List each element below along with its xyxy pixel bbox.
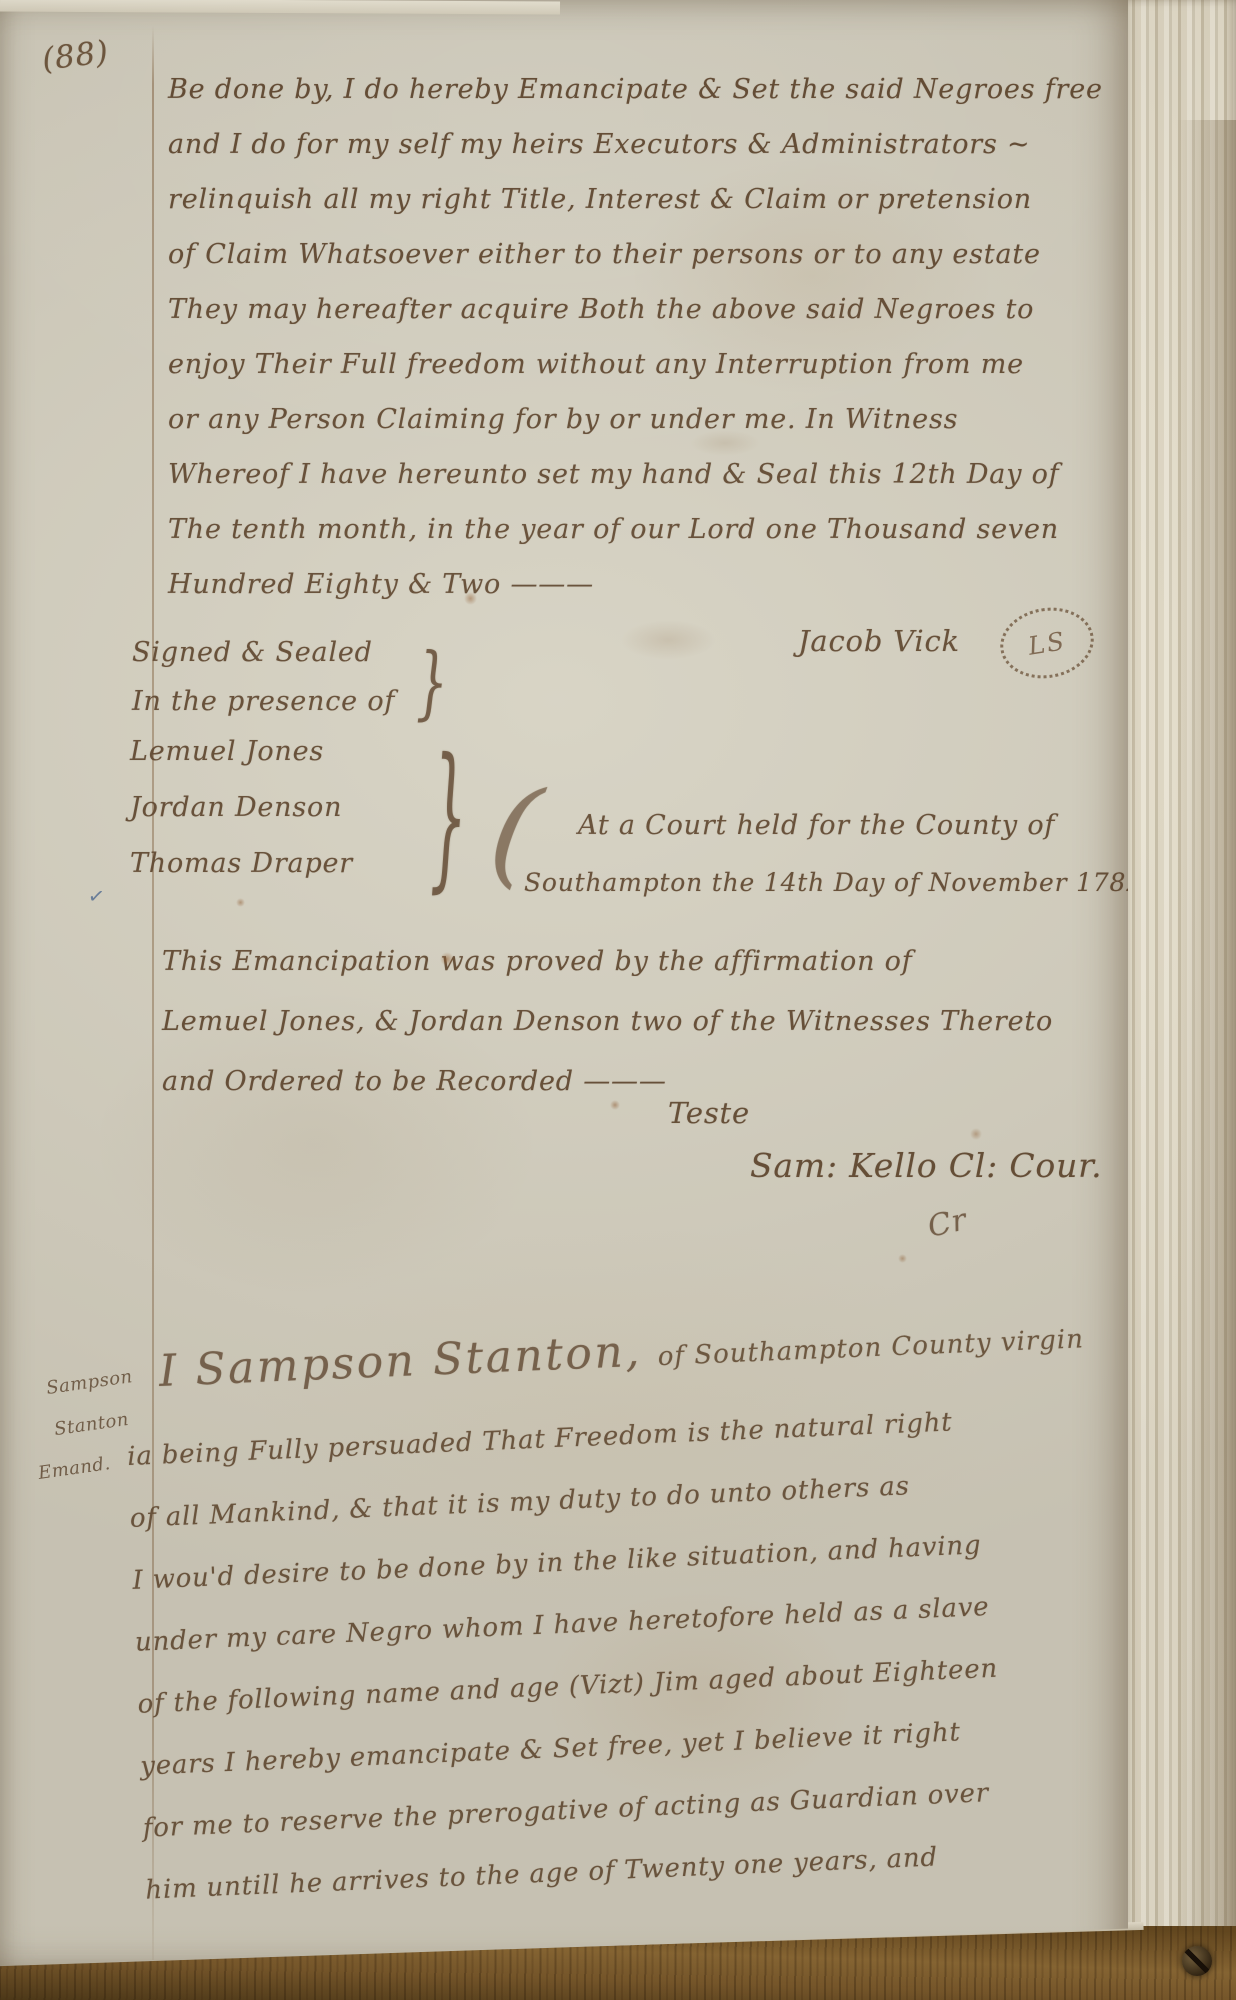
manuscript-line: of Claim Whatsoever either to their pers… [168,227,1103,282]
proof-line: and Ordered to be Recorded ——— [162,1052,1053,1112]
doc1-body: Be done by, I do hereby Emancipate & Set… [168,62,1103,612]
manuscript-line: Whereof I have hereunto set my hand & Se… [168,447,1103,502]
witness-name: Jordan Denson [130,780,353,836]
signature-jacob-vick: Jacob Vick [798,624,960,658]
proof-line: Lemuel Jones, & Jordan Denson two of the… [162,992,1053,1052]
attestation-line: Signed & Sealed [132,628,395,677]
margin-note-line: Sampson [45,1366,134,1399]
manuscript-photo: (88) Be done by, I do hereby Emancipate … [0,0,1236,2000]
check-mark: ✓ [86,883,107,909]
document-page: (88) Be done by, I do hereby Emancipate … [0,0,1128,1972]
small-brace-flourish: } [416,636,449,729]
witness-list: Lemuel Jones Jordan Denson Thomas Draper [130,724,353,892]
proof-line: This Emancipation was proved by the affi… [162,932,1053,992]
stain-spot [970,1128,982,1140]
stain-smudge [620,620,716,660]
witness-name: Thomas Draper [130,836,353,892]
doc2-opening: I Sampson Stanton, of Southampton County… [158,1307,1085,1397]
stain-spot [236,898,245,907]
attestation-block: Signed & Sealed In the presence of [132,628,395,726]
proof-block: This Emancipation was proved by the affi… [162,932,1053,1112]
manuscript-line: or any Person Claiming for by or under m… [168,392,1103,447]
opening-continuation: of Southampton County virgin [657,1324,1084,1372]
manuscript-line: The tenth month, in the year of our Lord… [168,502,1103,557]
page-top-edge [0,0,560,14]
manuscript-line: enjoy Their Full freedom without any Int… [168,337,1103,392]
doc2-body: ia being Fully persuaded That Freedom is… [126,1390,1007,1922]
table-screw [1182,1946,1212,1976]
manuscript-line: Hundred Eighty & Two ——— [168,557,1103,612]
manuscript-line: Be done by, I do hereby Emancipate & Set… [168,62,1103,117]
court-heading-line: At a Court held for the County of [578,810,1055,841]
margin-note-line: Stanton [53,1409,130,1440]
manuscript-line: relinquish all my right Title, Interest … [168,172,1103,227]
clerk-paraph: Cr [925,1202,970,1244]
stain-spot [898,1254,907,1263]
margin-note-line: Emand. [37,1453,112,1484]
witness-name: Lemuel Jones [130,724,353,780]
page-stack-shadow [1176,120,1236,1930]
wax-seal: LS [995,601,1099,685]
clerk-signature: Sam: Kello Cl: Cour. [750,1146,1102,1185]
grantor-name: I Sampson Stanton, [158,1326,643,1397]
court-heading-line: Southampton the 14th Day of November 178… [524,868,1143,897]
page-number: (88) [40,34,111,78]
manuscript-line: and I do for my self my heirs Executors … [168,117,1103,172]
witness-brace: } [430,724,468,908]
teste-label: Teste [668,1096,750,1130]
manuscript-line: They may hereafter acquire Both the abov… [168,282,1103,337]
attestation-line: In the presence of [132,677,395,726]
